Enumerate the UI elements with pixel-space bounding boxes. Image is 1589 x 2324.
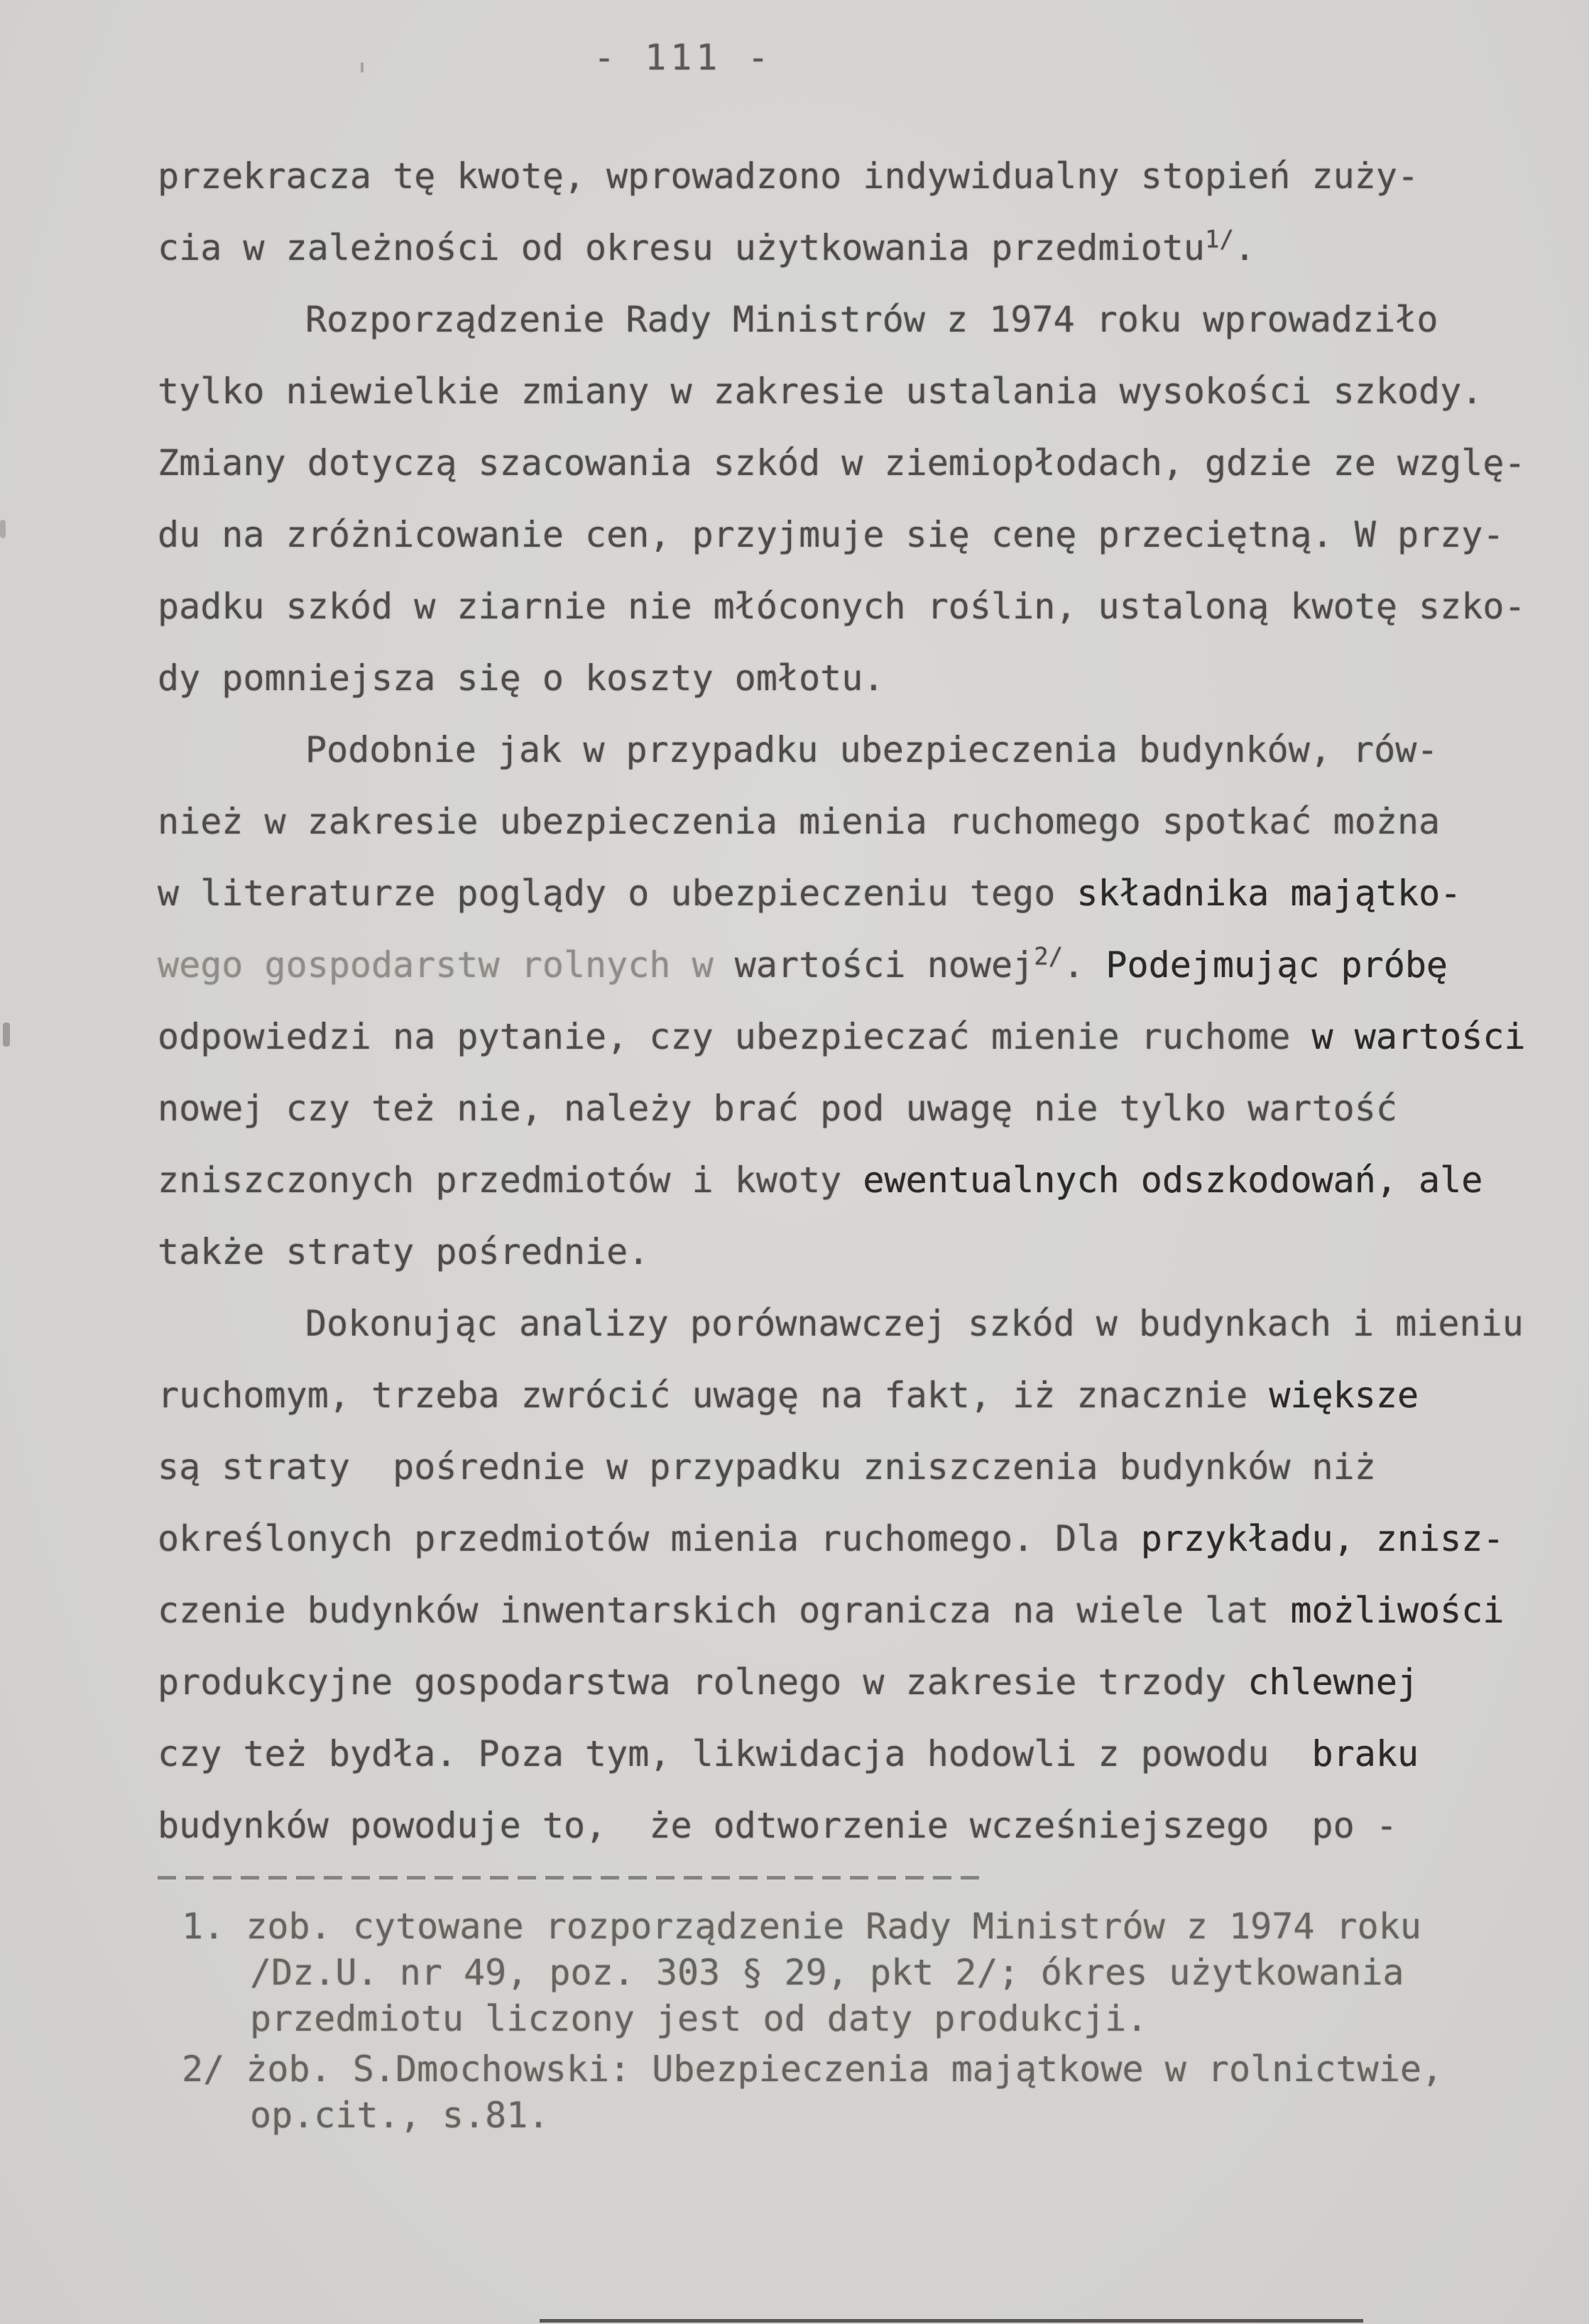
scanned-page: { "page": { "number": "- 111 -" }, "body… [0, 0, 1589, 2324]
footnote-marker: 2/ [182, 2048, 246, 2090]
text-line: cia w zależności od okresu użytkowania p… [158, 212, 1549, 284]
text-line: Rozporządzenie Rady Ministrów z 1974 rok… [158, 284, 1549, 356]
text-line: budynków powoduje to, że odtworzenie wcz… [158, 1790, 1549, 1862]
dark-ink-text: możliwości [1290, 1590, 1504, 1631]
footnote: 2/ żob. S.Dmochowski: Ubezpieczenia mają… [182, 2046, 1549, 2139]
text-line: czenie budynków inwentarskich ogranicza … [158, 1575, 1549, 1647]
dark-ink-text: składnika majątko- [1076, 873, 1461, 914]
dark-ink-text: braku [1312, 1733, 1419, 1774]
text-line: du na zróżnicowanie cen, przyjmuje się c… [158, 499, 1549, 571]
footnote-marker: 1. [182, 1906, 246, 1947]
dark-ink-text: chlewnej [1247, 1662, 1419, 1703]
text-line: zniszczonych przedmiotów i kwoty ewentua… [158, 1145, 1549, 1216]
dark-ink-text: przykładu, znisz- [1141, 1518, 1505, 1559]
body-text: przekracza tę kwotę, wprowadzono indywid… [158, 141, 1549, 1862]
footnote-separator [158, 1876, 988, 1880]
footnote-line: 2/ żob. S.Dmochowski: Ubezpieczenia mają… [182, 2046, 1549, 2093]
text-line: określonych przedmiotów mienia ruchomego… [158, 1503, 1549, 1575]
text-line: czy też bydła. Poza tym, likwidacja hodo… [158, 1718, 1549, 1790]
text-line: są straty pośrednie w przypadku zniszcze… [158, 1431, 1549, 1503]
scan-artifact [3, 1022, 10, 1047]
footnote: 1. zob. cytowane rozporządzenie Rady Min… [182, 1904, 1549, 2042]
footnote-line: 1. zob. cytowane rozporządzenie Rady Min… [182, 1904, 1549, 1950]
text-line: nowej czy też nie, należy brać pod uwagę… [158, 1073, 1549, 1145]
text-line: także straty pośrednie. [158, 1216, 1549, 1288]
text-line: w literaturze poglądy o ubezpieczeniu te… [158, 858, 1549, 929]
footnote-line: przedmiotu liczony jest od daty produkcj… [182, 1996, 1549, 2042]
page-number: - 111 - [594, 37, 773, 78]
text-line: padku szkód w ziarnie nie młóconych rośl… [158, 571, 1549, 643]
footnote-line: /Dz.U. nr 49, poz. 303 § 29, pkt 2/; ókr… [182, 1950, 1549, 1996]
text-line: Zmiany dotyczą szacowania szkód w ziemio… [158, 427, 1549, 499]
text-line: wego gospodarstw rolnych w wartości nowe… [158, 929, 1549, 1001]
text-line: tylko niewielkie zmiany w zakresie ustal… [158, 356, 1549, 427]
text-line: produkcyjne gospodarstwa rolnego w zakre… [158, 1647, 1549, 1718]
scan-artifact [540, 2319, 1363, 2323]
text-line: Podobnie jak w przypadku ubezpieczenia b… [158, 714, 1549, 786]
scan-artifact [361, 62, 364, 72]
footnote-ref: 1/ [1205, 225, 1234, 253]
text-line: nież w zakresie ubezpieczenia mienia ruc… [158, 786, 1549, 858]
scan-artifact [0, 520, 6, 538]
dark-ink-text: większe [1269, 1375, 1419, 1416]
footnote-ref: 2/ [1034, 942, 1063, 971]
text-line: dy pomniejsza się o koszty omłotu. [158, 643, 1549, 714]
faint-ink-text: wego gospodarstw rolnych w [158, 944, 735, 986]
dark-ink-text: w wartości [1312, 1016, 1526, 1057]
text-line: odpowiedzi na pytanie, czy ubezpieczać m… [158, 1001, 1549, 1073]
footnotes: 1. zob. cytowane rozporządzenie Rady Min… [182, 1904, 1549, 2139]
text-line: Dokonując analizy porównawczej szkód w b… [158, 1288, 1549, 1360]
footnote-line: op.cit., s.81. [182, 2093, 1549, 2139]
page-content: przekracza tę kwotę, wprowadzono indywid… [158, 141, 1549, 2143]
text-line: przekracza tę kwotę, wprowadzono indywid… [158, 141, 1549, 212]
text-line: ruchomym, trzeba zwrócić uwagę na fakt, … [158, 1360, 1549, 1431]
dark-ink-text: ewentualnych odszkodowań, ale [863, 1160, 1482, 1201]
dark-ink-text: Podejmując próbę [1105, 944, 1448, 986]
